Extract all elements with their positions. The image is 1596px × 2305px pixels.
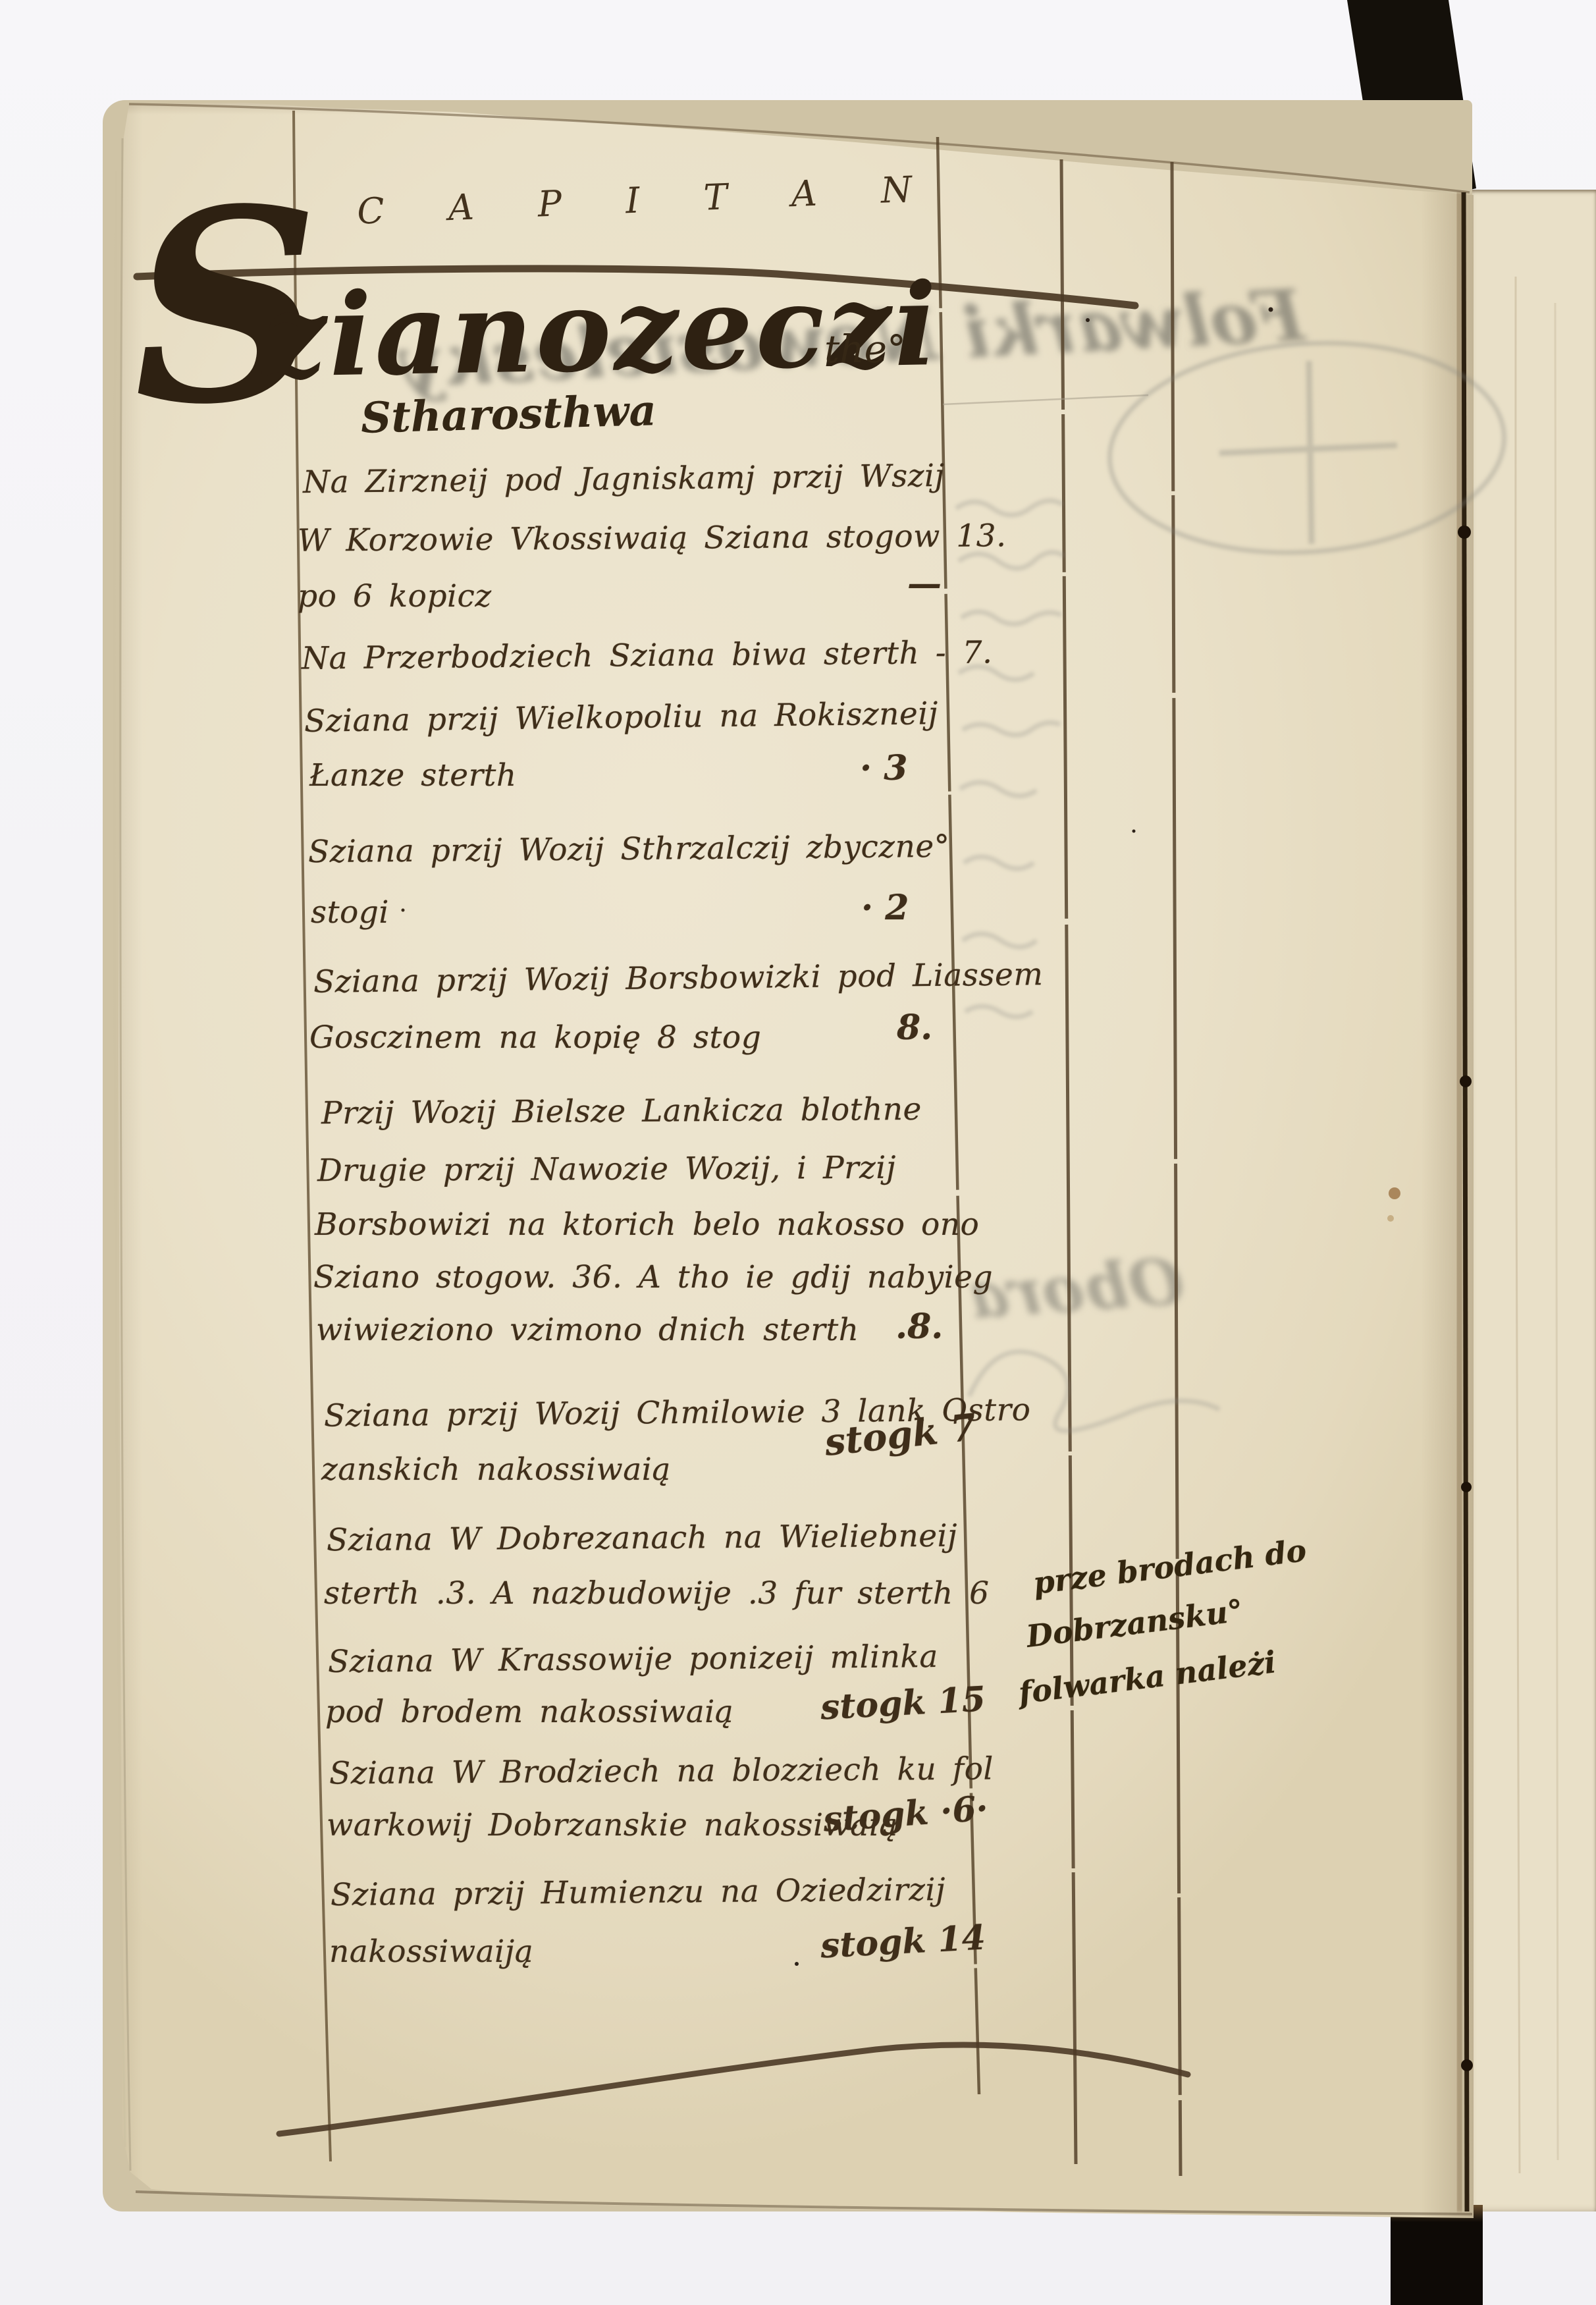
manuscript-scan: Folwarki Nowosielesky Obora — [0, 0, 1596, 2305]
entry-line: Drugie przij Nawozie Wozij, i Przij — [317, 1150, 896, 1189]
entry-line: nakossiwaiją — [329, 1934, 533, 1970]
entry-line: Borsbowizi na ktorich belo nakosso ono — [315, 1207, 979, 1243]
entry-value: · 2 — [861, 888, 909, 928]
entry-line: Sziana przij Wielkopoliu na Rokiszneij — [304, 695, 939, 740]
entry-line: Sziana przij Humienzu na Oziedzirzij — [331, 1872, 946, 1913]
entry-value: — — [907, 564, 942, 604]
entry-line: W Korzowie Vkossiwaią Sziana stogow 13. — [298, 518, 1007, 559]
entry-line: wiwieziono vzimono dnich sterth — [316, 1312, 859, 1348]
entry-value: 8. — [897, 1008, 932, 1048]
entry-value: .8. — [895, 1307, 943, 1347]
entry-line: Sziana przij Wozij Sthrzalczij zbyczne° — [308, 828, 950, 871]
entry-line: warkowij Dobrzanskie nakossiwaią — [327, 1807, 898, 1843]
entry-line: Sziana przij Wozij Borsbowizki pod Liass… — [313, 956, 1044, 1000]
entry-line: Sziano stogow. 36. A tho ie gdij nabyieg — [313, 1259, 993, 1295]
title-superscript: the° — [824, 327, 906, 371]
entry-line: Przij Wozij Bielsze Lankicza blothne — [321, 1091, 922, 1131]
entry-line: sterth .3. A nazbudowije .3 fur sterth 6 — [324, 1575, 990, 1612]
entry-line: Łanze sterth — [309, 757, 517, 794]
entry-line: stogi — [311, 894, 389, 931]
title-subtitle: Stharosthwa — [360, 386, 657, 443]
entry-line: Sziana W Brodziech na blozziech ku fol — [329, 1750, 994, 1791]
entry-line: Sziana W Dobrezanach na Wieliebneij — [327, 1518, 958, 1559]
entry-line: Na Zirzneij pod Jagniskamj przij Wszij — [303, 458, 945, 501]
entry-line: Sziana W Krassowije ponizeij mlinka — [328, 1639, 938, 1680]
entry-line: pod brodem nakossiwaią — [325, 1694, 733, 1730]
entry-line: zanskich nakossiwaią — [321, 1451, 671, 1488]
entry-line: Gosczinem na kopię 8 stog — [309, 1019, 761, 1056]
entry-value: · 3 — [860, 748, 907, 788]
entry-line: Na Przerbodziech Sziana biwa sterth - 7. — [302, 634, 993, 676]
entry-line: po 6 kopicz — [298, 578, 492, 614]
